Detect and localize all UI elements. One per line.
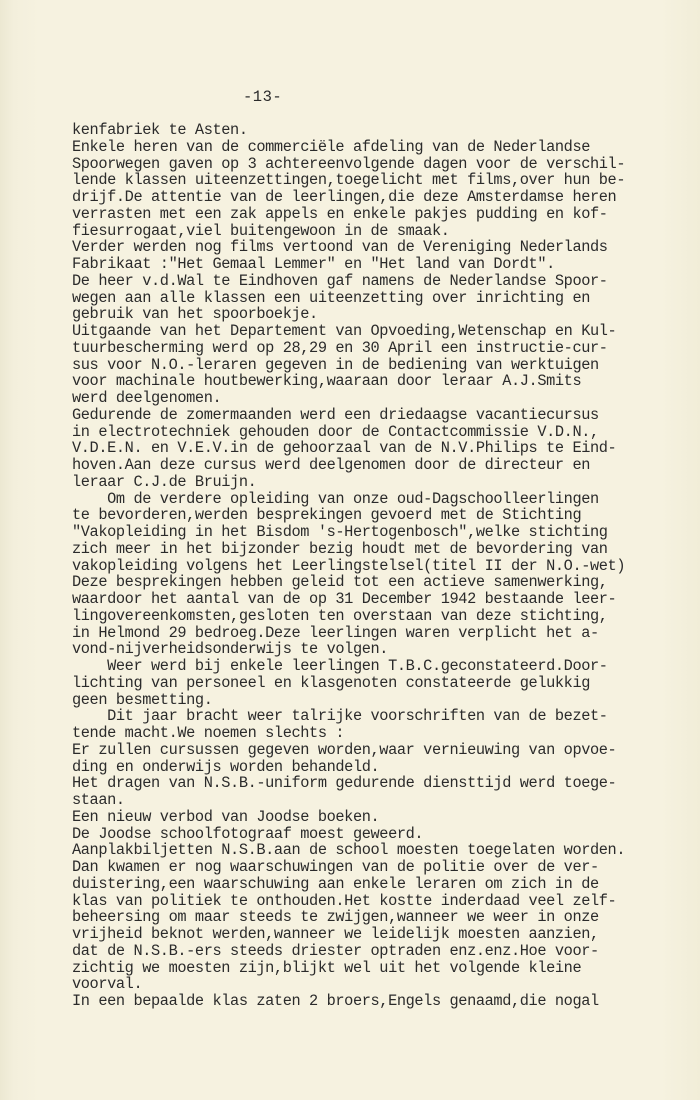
text-line: vrijheid beknot werden,wanneer we leidel… [72, 926, 692, 943]
text-line: Fabrikaat :"Het Gemaal Lemmer" en "Het l… [72, 256, 692, 273]
text-line: Dit jaar bracht weer talrijke voorschrif… [72, 708, 692, 725]
text-line: in Helmond 29 bedroeg.Deze leerlingen wa… [72, 625, 692, 642]
text-line: wegen aan alle klassen een uiteenzetting… [72, 290, 692, 307]
text-line: lingovereenkomsten,gesloten ten overstaa… [72, 608, 692, 625]
text-line: kenfabriek te Asten. [72, 122, 692, 139]
text-line: verrasten met een zak appels en enkele p… [72, 206, 692, 223]
text-line: Dan kwamen er nog waarschuwingen van de … [72, 859, 692, 876]
text-line: hoven.Aan deze cursus werd deelgenomen d… [72, 457, 692, 474]
text-line: Weer werd bij enkele leerlingen T.B.C.ge… [72, 658, 692, 675]
page-number: -13- [243, 88, 282, 106]
text-line: ding en onderwijs worden behandeld. [72, 759, 692, 776]
text-line: Om de verdere opleiding van onze oud-Dag… [72, 491, 692, 508]
text-line: De heer v.d.Wal te Eindhoven gaf namens … [72, 273, 692, 290]
text-line: Gedurende de zomermaanden werd een dried… [72, 407, 692, 424]
text-line: drijf.De attentie van de leerlingen,die … [72, 189, 692, 206]
text-line: beheersing om maar steeds te zwijgen,wan… [72, 909, 692, 926]
text-line: Spoorwegen gaven op 3 achtereenvolgende … [72, 156, 692, 173]
text-line: werd deelgenomen. [72, 390, 692, 407]
body-text: kenfabriek te Asten.Enkele heren van de … [72, 122, 692, 1010]
text-line: Verder werden nog films vertoond van de … [72, 239, 692, 256]
text-line: Aanplakbiljetten N.S.B.aan de school moe… [72, 842, 692, 859]
text-line: vakopleiding volgens het Leerlingstelsel… [72, 558, 692, 575]
text-line: staan. [72, 792, 692, 809]
text-line: dat de N.S.B.-ers steeds driester optrad… [72, 943, 692, 960]
text-line: zich meer in het bijzonder bezig houdt m… [72, 541, 692, 558]
text-line: Enkele heren van de commerciële afdeling… [72, 139, 692, 156]
typewritten-page: -13- kenfabriek te Asten.Enkele heren va… [0, 0, 700, 1100]
text-line: tende macht.We noemen slechts : [72, 725, 692, 742]
text-line: duistering,een waarschuwing aan enkele l… [72, 876, 692, 893]
text-line: V.D.E.N. en V.E.V.in de gehoorzaal van d… [72, 440, 692, 457]
text-line: voor machinale houtbewerking,waaraan doo… [72, 373, 692, 390]
text-line: klas van politiek te onthouden.Het kostt… [72, 893, 692, 910]
text-line: Deze besprekingen hebben geleid tot een … [72, 574, 692, 591]
text-line: Het dragen van N.S.B.-uniform gedurende … [72, 775, 692, 792]
text-line: Een nieuw verbod van Joodse boeken. [72, 809, 692, 826]
text-line: De Joodse schoolfotograaf moest geweerd. [72, 826, 692, 843]
text-line: voorval. [72, 976, 692, 993]
text-line: gebruik van het spoorboekje. [72, 306, 692, 323]
text-line: "Vakopleiding in het Bisdom 's-Hertogenb… [72, 524, 692, 541]
text-line: in electrotechniek gehouden door de Cont… [72, 424, 692, 441]
text-line: Uitgaande van het Departement van Opvoed… [72, 323, 692, 340]
text-line: fiesurrogaat,viel buitengewoon in de sma… [72, 223, 692, 240]
text-line: waardoor het aantal van de op 31 Decembe… [72, 591, 692, 608]
text-line: zichtig we moesten zijn,blijkt wel uit h… [72, 960, 692, 977]
text-line: In een bepaalde klas zaten 2 broers,Enge… [72, 993, 692, 1010]
text-line: sus voor N.O.-leraren gegeven in de bedi… [72, 357, 692, 374]
text-line: tuurbescherming werd op 28,29 en 30 Apri… [72, 340, 692, 357]
text-line: lende klassen uiteenzettingen,toegelicht… [72, 172, 692, 189]
text-line: geen besmetting. [72, 692, 692, 709]
text-line: te bevorderen,werden besprekingen gevoer… [72, 507, 692, 524]
text-line: Er zullen cursussen gegeven worden,waar … [72, 742, 692, 759]
text-line: vond-nijverheidsonderwijs te volgen. [72, 641, 692, 658]
text-line: leraar C.J.de Bruijn. [72, 474, 692, 491]
text-line: lichting van personeel en klasgenoten co… [72, 675, 692, 692]
